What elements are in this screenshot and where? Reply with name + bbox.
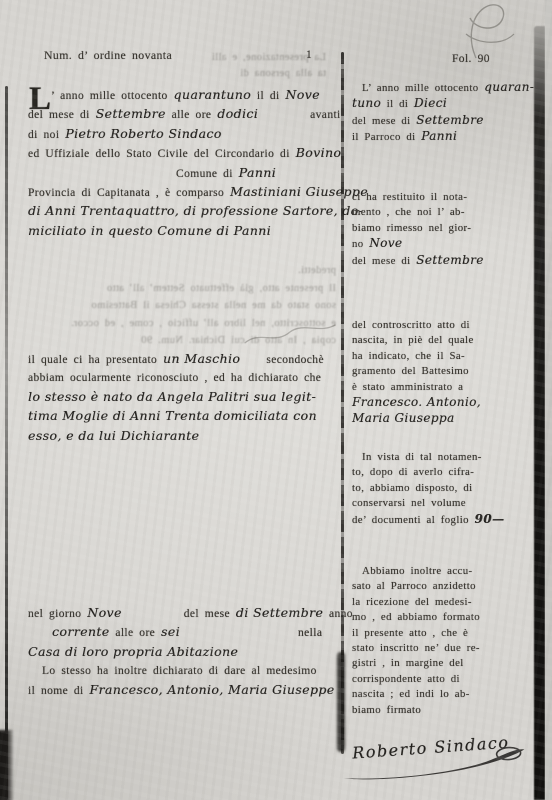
printed-text: il presente atto , che è bbox=[352, 627, 468, 639]
text-line: Il presente atto, già effettuato Settem’… bbox=[30, 280, 336, 298]
text-line: corrente alle ore seinella bbox=[28, 623, 342, 642]
printed-text: avanti bbox=[310, 109, 341, 121]
text-line: miciliato in questo Comune di Panni bbox=[28, 222, 342, 241]
text-line: è stato amministrato a bbox=[352, 380, 536, 395]
text-line: nascita, in piè del quale bbox=[352, 333, 536, 348]
text-line: biamo firmato bbox=[352, 703, 536, 718]
handwritten-text: Settembre bbox=[416, 253, 484, 267]
handwritten-text: Settembre bbox=[96, 106, 166, 121]
handwritten-text: Nove bbox=[87, 605, 122, 620]
printed-text: Abbiamo inoltre accu- bbox=[362, 565, 473, 577]
page-corner-shadow bbox=[0, 730, 13, 800]
margin-note-archive: In vista di tal notamen-to, dopo di aver… bbox=[352, 450, 536, 528]
text-line: tuno il di Dieci bbox=[352, 96, 536, 112]
text-line: la ricezione del medesi- bbox=[352, 595, 536, 610]
text-line: predetti. bbox=[30, 262, 336, 280]
text-line: del mese di Settembre alle ore dodiciava… bbox=[28, 105, 342, 124]
text-line: tima Moglie di Anni Trenta domiciliata c… bbox=[28, 407, 342, 426]
printed-text: nascita, in piè del quale bbox=[352, 334, 474, 346]
birth-details-paragraph: nel giorno Novedel mese di Settembre ann… bbox=[28, 604, 342, 700]
printed-text: del mese di bbox=[28, 109, 96, 121]
page-mark: 1 bbox=[306, 49, 312, 61]
margin-note-date: L’ anno mille ottocento quaran-tuno il d… bbox=[352, 80, 536, 146]
text-line: mo , ed abbiamo formato bbox=[352, 610, 536, 625]
text-line: del controscritto atto di bbox=[352, 318, 536, 333]
printed-text: del mese di bbox=[352, 255, 416, 267]
adjacent-page-strip bbox=[545, 0, 552, 800]
printed-text: nel giorno bbox=[28, 608, 87, 620]
text-line: ta alla persona di bbox=[176, 66, 326, 82]
printed-text: del mese bbox=[184, 608, 236, 620]
printed-text: mento , che noi l’ ab- bbox=[352, 206, 465, 218]
text-line: lo stesso è nato da Angela Palitri sua l… bbox=[28, 388, 342, 407]
text-line: ha indicato, che il Sa- bbox=[352, 349, 536, 364]
handwritten-text: Pietro Roberto Sindaco bbox=[65, 126, 222, 141]
text-line: nel giorno Novedel mese di Settembre ann… bbox=[28, 604, 342, 623]
text-line: nascita ; ed indi lo ab- bbox=[352, 687, 536, 702]
num-ordine-label: Num. d’ ordine novanta bbox=[44, 48, 172, 63]
text-line: ed Uffiziale dello Stato Civile del Circ… bbox=[28, 144, 342, 163]
printed-text: il di bbox=[251, 90, 285, 102]
text-line: il quale ci ha presentato un Maschioseco… bbox=[28, 350, 342, 369]
printed-text: biamo firmato bbox=[352, 704, 421, 716]
handwritten-text: Panni bbox=[421, 129, 457, 143]
text-line: abbiam ocularmente riconosciuto , ed ha … bbox=[28, 369, 342, 387]
text-line: gramento del Battesimo bbox=[352, 364, 536, 379]
column-divider bbox=[341, 52, 344, 754]
printed-text: predetti. bbox=[298, 265, 336, 276]
printed-text: alle ore bbox=[166, 109, 217, 121]
margin-note-baptism: del controscritto atto dinascita, in piè… bbox=[352, 318, 536, 428]
printed-text: ci ha restituito il nota- bbox=[352, 191, 467, 203]
text-line: to, abbiamo disposto, di bbox=[352, 481, 536, 496]
text-line: del mese di Settembre bbox=[352, 253, 536, 269]
text-line: il nome di Francesco, Antonio, Maria Giu… bbox=[28, 681, 342, 700]
text-line: to, dopo di averlo cifra- bbox=[352, 465, 536, 480]
page-edge-right bbox=[534, 26, 545, 800]
handwritten-text: Settembre bbox=[416, 113, 484, 127]
handwritten-text: sei bbox=[161, 624, 180, 639]
presentation-paragraph: il quale ci ha presentato un Maschioseco… bbox=[28, 350, 342, 446]
ink-blotch bbox=[337, 652, 345, 752]
printed-text: alle ore bbox=[110, 627, 161, 639]
printed-text: gistri , in margine del bbox=[352, 657, 464, 669]
text-line: no Nove bbox=[352, 236, 536, 252]
text-line: il Parroco di Panni bbox=[352, 129, 536, 145]
text-line: La presentazione, e alli bbox=[176, 50, 326, 66]
text-line: In vista di tal notamen- bbox=[352, 450, 536, 465]
page-edge-left bbox=[5, 86, 8, 800]
handwritten-text: Casa di loro propria Abitazione bbox=[28, 644, 238, 659]
handwritten-text: quarantuno bbox=[173, 87, 251, 102]
printed-text: ed Uffiziale dello Stato Civile del Circ… bbox=[28, 148, 296, 160]
printed-text: il di bbox=[381, 98, 414, 110]
bleedthrough-text-top: La presentazione, e allita alla persona … bbox=[176, 50, 326, 82]
printed-text: corrispondente atto di bbox=[352, 673, 460, 685]
text-line: L’ anno mille ottocento quaran- bbox=[352, 80, 536, 96]
handwritten-text: tuno bbox=[352, 96, 381, 110]
printed-text: di noi bbox=[28, 129, 65, 141]
handwritten-text: corrente bbox=[52, 624, 110, 639]
handwritten-text: Francesco, Antonio, Maria Giuseppe bbox=[89, 682, 334, 697]
handwritten-text: 90— bbox=[475, 512, 505, 526]
printed-text: del mese di bbox=[352, 115, 416, 127]
handwritten-text: Dieci bbox=[414, 96, 447, 110]
printed-text: sato al Parroco anzidetto bbox=[352, 580, 476, 592]
text-line: de’ documenti al foglio 90— bbox=[352, 512, 536, 528]
printed-text: è stato amministrato a bbox=[352, 381, 463, 393]
text-line: ci ha restituito il nota- bbox=[352, 190, 536, 205]
text-line: sono stato da me nella stessa Chiesa il … bbox=[30, 297, 336, 315]
text-line: Francesco. Antonio, bbox=[352, 395, 536, 411]
printed-text: anno bbox=[323, 608, 353, 620]
text-line: del mese di Settembre bbox=[352, 113, 536, 129]
printed-text: gramento del Battesimo bbox=[352, 365, 469, 377]
text-line: Maria Giuseppa bbox=[352, 411, 536, 427]
printed-text: L’ anno mille ottocento bbox=[362, 82, 484, 94]
printed-text: secondochè bbox=[266, 354, 324, 366]
printed-text: il nome di bbox=[28, 685, 89, 697]
handwritten-text: di Settembre bbox=[236, 605, 323, 620]
text-line: di noi Pietro Roberto Sindaco bbox=[28, 125, 342, 144]
text-line: gistri , in margine del bbox=[352, 656, 536, 671]
handwritten-text: lo stesso è nato da Angela Palitri sua l… bbox=[28, 389, 316, 404]
text-line: corrispondente atto di bbox=[352, 672, 536, 687]
handwritten-text: tima Moglie di Anni Trenta domiciliata c… bbox=[28, 408, 317, 423]
printed-text: Lo stesso ha inoltre dichiarato di dare … bbox=[42, 665, 317, 677]
text-line: mento , che noi l’ ab- bbox=[352, 205, 536, 220]
handwritten-text: Bovino bbox=[296, 145, 342, 160]
document-page: La presentazione, e allita alla persona … bbox=[0, 0, 552, 800]
text-line: Comune di Panni bbox=[28, 164, 342, 183]
handwritten-text: Panni bbox=[239, 165, 276, 180]
printed-text: nascita ; ed indi lo ab- bbox=[352, 688, 470, 700]
handwritten-text: di Anni Trentaquattro, di professione Sa… bbox=[28, 203, 363, 218]
printed-text: Comune di bbox=[176, 168, 239, 180]
printed-text: Il presente atto, già effettuato Settem’… bbox=[107, 283, 336, 294]
text-line: stato inscritto ne’ due re- bbox=[352, 641, 536, 656]
printed-text: il quale ci ha presentato bbox=[28, 354, 163, 366]
printed-text: abbiam ocularmente riconosciuto , ed ha … bbox=[28, 372, 321, 384]
margin-note-restitution: ci ha restituito il nota-mento , che noi… bbox=[352, 190, 536, 269]
printed-text: stato inscritto ne’ due re- bbox=[352, 642, 480, 654]
printed-text: no bbox=[352, 238, 369, 250]
printed-text: to, dopo di averlo cifra- bbox=[352, 466, 474, 478]
handwritten-text: Francesco. Antonio, bbox=[352, 395, 481, 409]
text-line: biamo rimesso nel gior- bbox=[352, 221, 536, 236]
handwritten-text: dodici bbox=[217, 106, 258, 121]
pen-flourish-icon bbox=[418, 0, 528, 62]
printed-text: ’ anno mille ottocento bbox=[51, 90, 173, 102]
handwritten-text: Nove bbox=[285, 87, 320, 102]
text-line: Abbiamo inoltre accu- bbox=[352, 564, 536, 579]
printed-text: biamo rimesso nel gior- bbox=[352, 222, 471, 234]
text-line: sato al Parroco anzidetto bbox=[352, 579, 536, 594]
printed-text: nella bbox=[298, 627, 322, 639]
text-line: il presente atto , che è bbox=[352, 626, 536, 641]
act-intro-paragraph: ’ anno mille ottocento quarantuno il di … bbox=[28, 86, 342, 241]
printed-text: del controscritto atto di bbox=[352, 319, 470, 331]
text-line: ’ anno mille ottocento quarantuno il di … bbox=[28, 86, 342, 105]
handwritten-text: miciliato in questo Comune di Panni bbox=[28, 223, 271, 238]
signature: Roberto Sindaco bbox=[352, 733, 510, 763]
printed-text: il Parroco di bbox=[352, 131, 421, 143]
printed-text: sono stato da me nella stessa Chiesa il … bbox=[91, 300, 336, 311]
printed-text: to, abbiamo disposto, di bbox=[352, 482, 473, 494]
text-line: di Anni Trentaquattro, di professione Sa… bbox=[28, 202, 342, 221]
printed-text: In vista di tal notamen- bbox=[362, 451, 482, 463]
handwritten-text: esso, e da lui Dichiarante bbox=[28, 428, 199, 443]
handwritten-text: Maria Giuseppa bbox=[352, 411, 455, 425]
text-line: Lo stesso ha inoltre dichiarato di dare … bbox=[28, 662, 342, 680]
printed-text: mo , ed abbiamo formato bbox=[352, 611, 480, 623]
handwritten-text: un Maschio bbox=[163, 351, 240, 366]
handwritten-text: Nove bbox=[369, 236, 402, 250]
text-line: conservarsi nel volume bbox=[352, 496, 536, 511]
printed-text: Provincia di Capitanata , è comparso bbox=[28, 187, 230, 199]
printed-text: ta alla persona di bbox=[240, 68, 326, 79]
margin-note-registration: Abbiamo inoltre accu-sato al Parroco anz… bbox=[352, 564, 536, 718]
printed-text: ha indicato, che il Sa- bbox=[352, 350, 465, 362]
printed-text: de’ documenti al foglio bbox=[352, 514, 475, 526]
text-line: esso, e da lui Dichiarante bbox=[28, 427, 342, 446]
text-line: Casa di loro propria Abitazione bbox=[28, 643, 342, 662]
handwritten-text: quaran- bbox=[484, 80, 534, 94]
printed-text: la ricezione del medesi- bbox=[352, 596, 472, 608]
handwritten-text: Mastiniani Giuseppe bbox=[230, 184, 368, 199]
printed-text: conservarsi nel volume bbox=[352, 497, 466, 509]
text-line: Provincia di Capitanata , è comparso Mas… bbox=[28, 183, 342, 202]
